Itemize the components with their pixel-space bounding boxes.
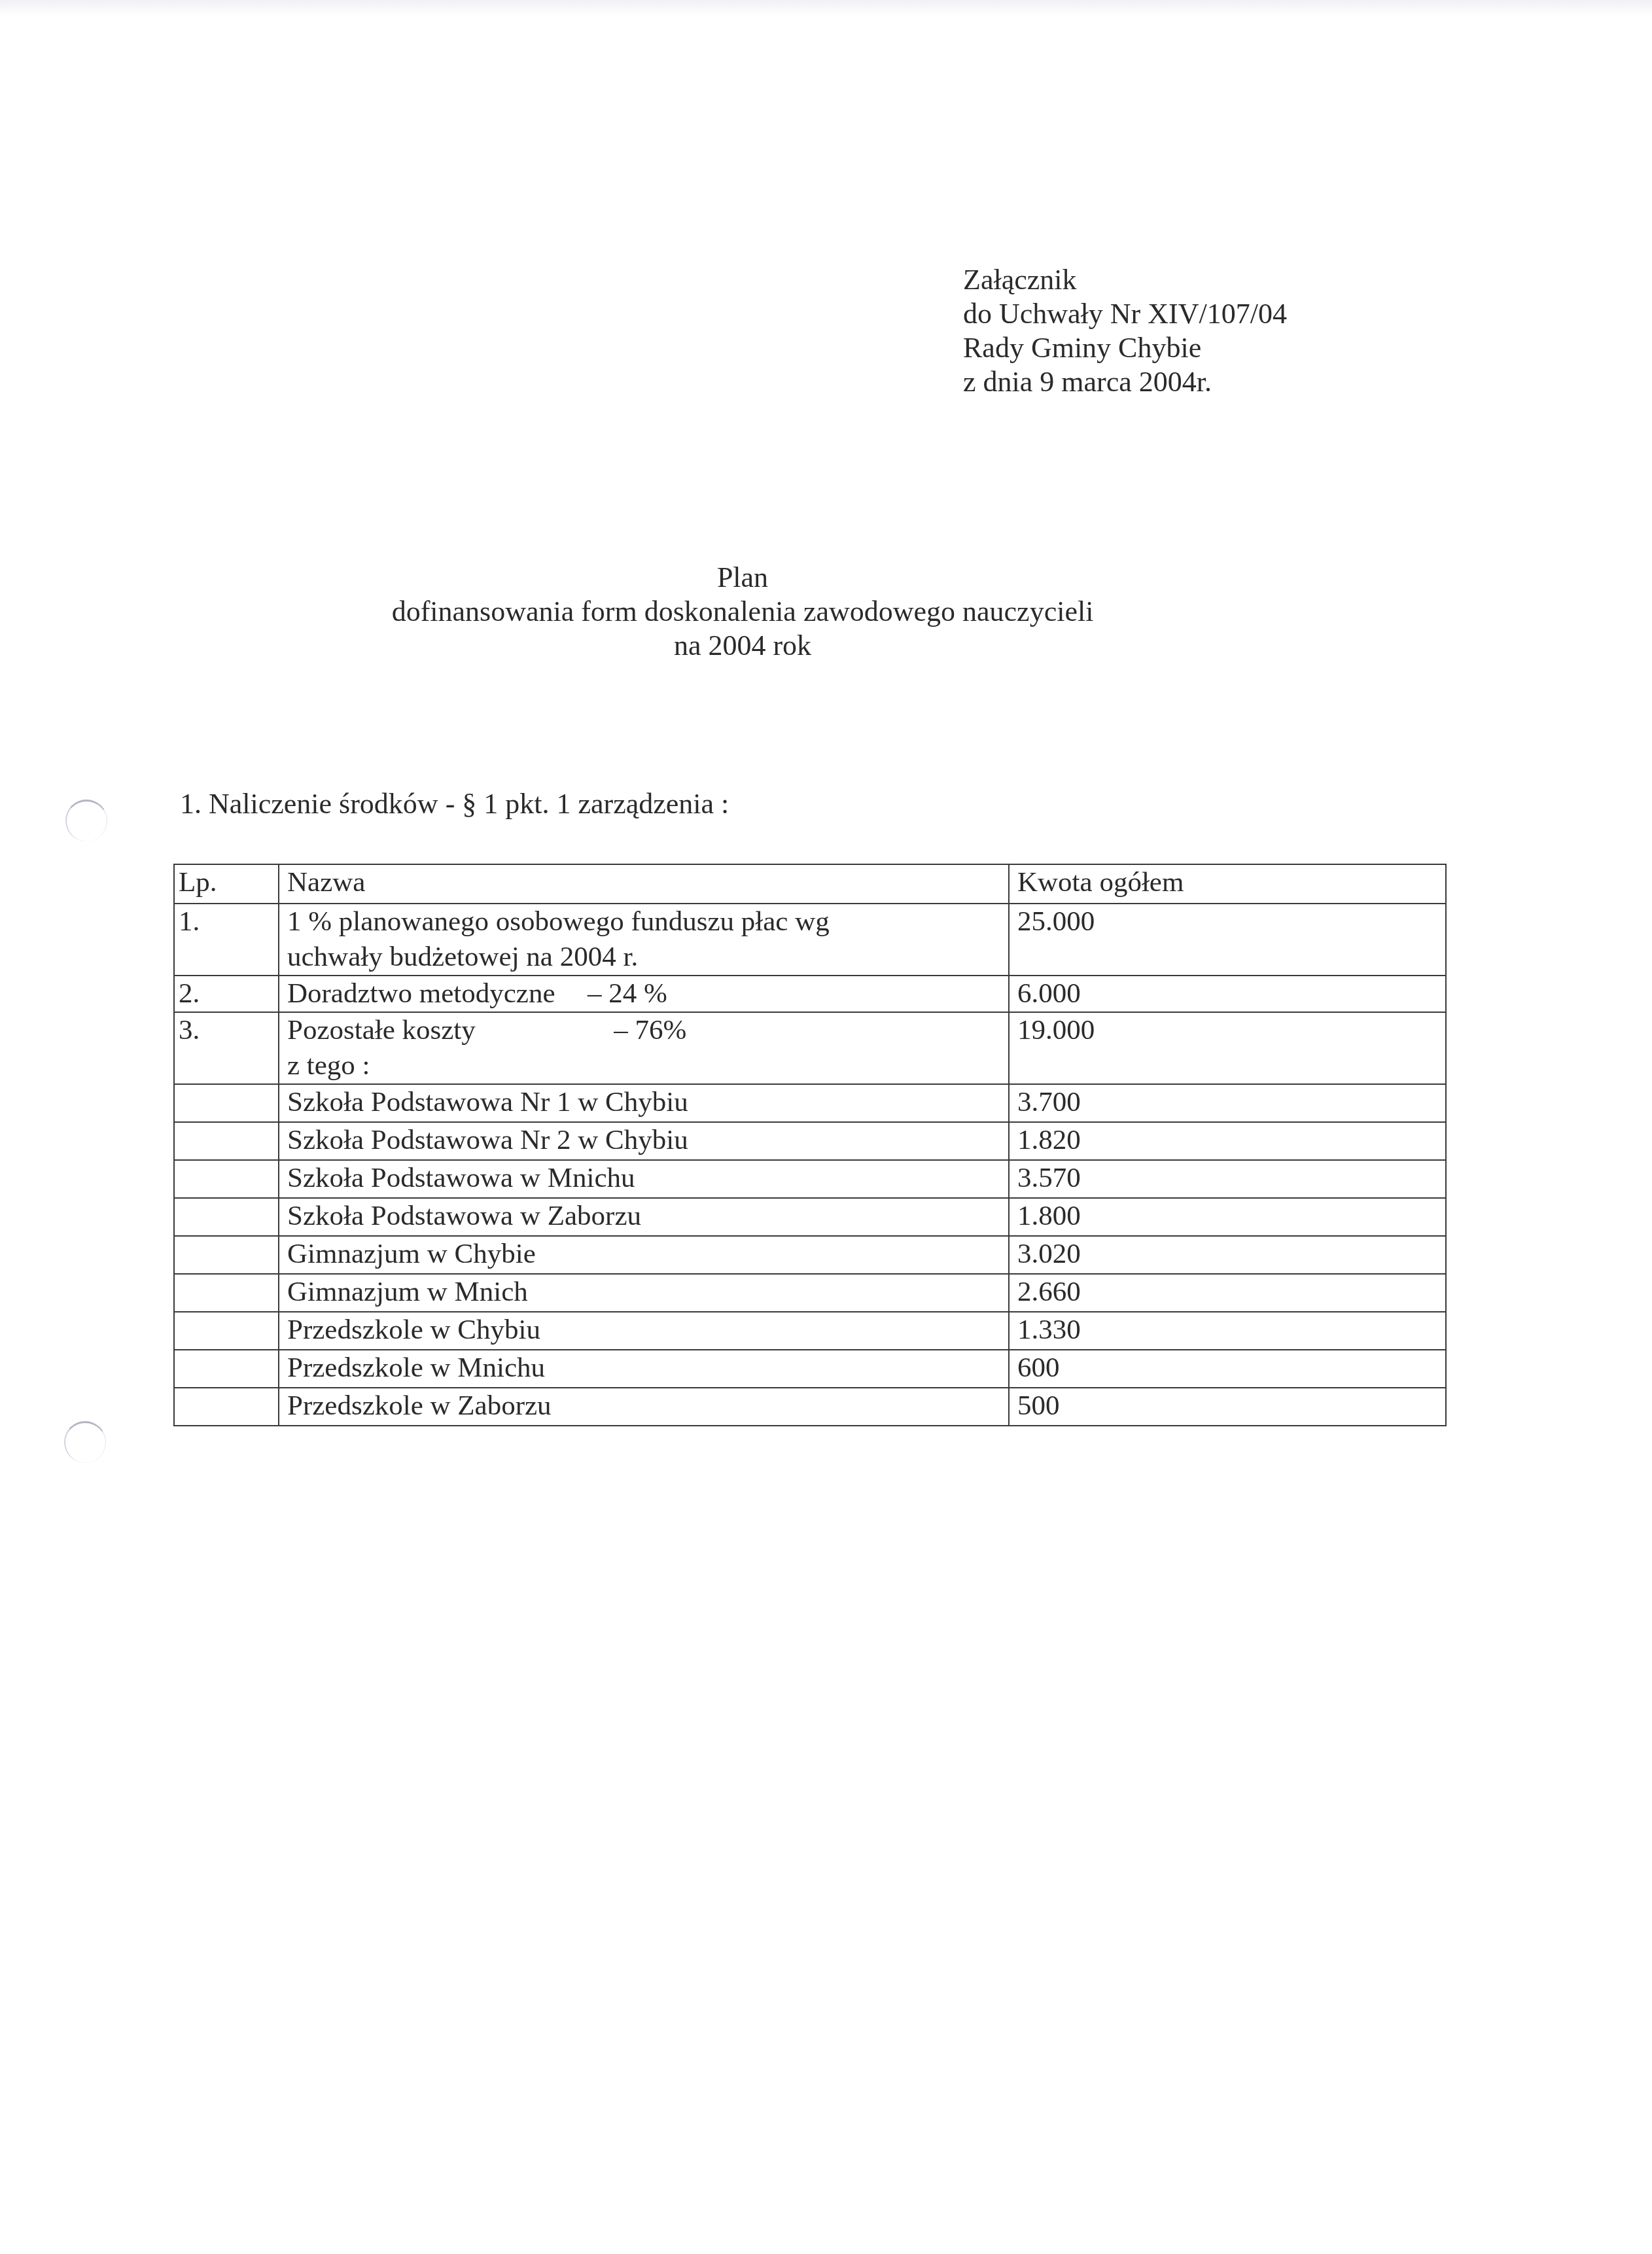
row-lp [174, 1236, 279, 1274]
row-amount: 1.800 [1009, 1198, 1446, 1236]
breakdown-rows: Szkoła Podstawowa Nr 1 w Chybiu3.700Szko… [174, 1084, 1446, 1426]
row-lp [174, 1198, 279, 1236]
row-name: Szkoła Podstawowa Nr 2 w Chybiu [279, 1122, 1009, 1160]
row-percent: – 24 % [588, 978, 667, 1009]
scan-edge-shading [0, 0, 1652, 16]
row-lp [174, 1084, 279, 1122]
title-line-3: na 2004 rok [0, 629, 1485, 663]
table-row: Szkoła Podstawowa Nr 1 w Chybiu3.700 [174, 1084, 1446, 1122]
row-lp: 2. [174, 976, 279, 1012]
row-name: Szkoła Podstawowa w Zaborzu [279, 1198, 1009, 1236]
funding-table: Lp. Nazwa Kwota ogółem 1. 1 % planowaneg… [173, 864, 1447, 1426]
row-name-text: Pozostałe koszty [287, 1015, 476, 1046]
title-line-2: dofinansowania form doskonalenia zawodow… [0, 595, 1485, 629]
row-name: 1 % planowanego osobowego funduszu płac … [279, 904, 1009, 976]
row-lp [174, 1350, 279, 1388]
punch-hole-mark-icon [65, 800, 107, 841]
document-title: Plan dofinansowania form doskonalenia za… [0, 561, 1485, 663]
table-header-row: Lp. Nazwa Kwota ogółem [174, 864, 1446, 904]
row-lp [174, 1160, 279, 1198]
title-line-1: Plan [0, 561, 1485, 595]
row-name: Przedszkole w Chybiu [279, 1312, 1009, 1350]
row-name: Przedszkole w Mnichu [279, 1350, 1009, 1388]
row-percent: – 76% [614, 1015, 686, 1046]
header-name: Nazwa [279, 864, 1009, 904]
row-lp [174, 1274, 279, 1312]
table-row: Gimnazjum w Chybie3.020 [174, 1236, 1446, 1274]
table-row: Przedszkole w Zaborzu500 [174, 1388, 1446, 1426]
punch-hole-mark-icon [64, 1421, 106, 1463]
row-name: Przedszkole w Zaborzu [279, 1388, 1009, 1426]
row-name-line: 1 % planowanego osobowego funduszu płac … [287, 904, 1000, 940]
resolution-date: z dnia 9 marca 2004r. [963, 365, 1287, 399]
table-row: Szkoła Podstawowa w Zaborzu1.800 [174, 1198, 1446, 1236]
row-amount: 2.660 [1009, 1274, 1446, 1312]
row-amount: 3.570 [1009, 1160, 1446, 1198]
attachment-header: Załącznik do Uchwały Nr XIV/107/04 Rady … [963, 263, 1287, 399]
table-row: 1. 1 % planowanego osobowego funduszu pł… [174, 904, 1446, 976]
table-row: Szkoła Podstawowa w Mnichu3.570 [174, 1160, 1446, 1198]
attachment-label: Załącznik [963, 263, 1287, 297]
table-row: 3. Pozostałe koszty – 76% z tego : 19.00… [174, 1012, 1446, 1084]
header-lp: Lp. [174, 864, 279, 904]
table-row: Przedszkole w Chybiu1.330 [174, 1312, 1446, 1350]
row-name: Szkoła Podstawowa w Mnichu [279, 1160, 1009, 1198]
row-lp [174, 1312, 279, 1350]
row-name-line: uchwały budżetowej na 2004 r. [287, 940, 1000, 975]
row-lp [174, 1122, 279, 1160]
row-name: Gimnazjum w Mnich [279, 1274, 1009, 1312]
table-row: 2. Doradztwo metodyczne – 24 % 6.000 [174, 976, 1446, 1012]
row-name-text: Doradztwo metodyczne [287, 978, 555, 1009]
row-amount: 1.330 [1009, 1312, 1446, 1350]
row-amount: 3.020 [1009, 1236, 1446, 1274]
row-amount: 600 [1009, 1350, 1446, 1388]
row-lp: 1. [174, 904, 279, 976]
row-name: Szkoła Podstawowa Nr 1 w Chybiu [279, 1084, 1009, 1122]
row-name: Gimnazjum w Chybie [279, 1236, 1009, 1274]
row-amount: 25.000 [1009, 904, 1446, 976]
header-amount: Kwota ogółem [1009, 864, 1446, 904]
row-name: Doradztwo metodyczne – 24 % [279, 976, 1009, 1012]
row-amount: 500 [1009, 1388, 1446, 1426]
row-lp [174, 1388, 279, 1426]
table-row: Szkoła Podstawowa Nr 2 w Chybiu1.820 [174, 1122, 1446, 1160]
table-row: Gimnazjum w Mnich2.660 [174, 1274, 1446, 1312]
resolution-number: do Uchwały Nr XIV/107/04 [963, 297, 1287, 331]
section-heading: 1. Naliczenie środków - § 1 pkt. 1 zarzą… [180, 787, 729, 821]
row-amount: 19.000 [1009, 1012, 1446, 1084]
row-amount: 1.820 [1009, 1122, 1446, 1160]
row-name-line: z tego : [287, 1048, 1000, 1083]
row-name: Pozostałe koszty – 76% z tego : [279, 1012, 1009, 1084]
table-row: Przedszkole w Mnichu600 [174, 1350, 1446, 1388]
row-lp: 3. [174, 1012, 279, 1084]
row-amount: 6.000 [1009, 976, 1446, 1012]
council-name: Rady Gminy Chybie [963, 331, 1287, 365]
row-amount: 3.700 [1009, 1084, 1446, 1122]
